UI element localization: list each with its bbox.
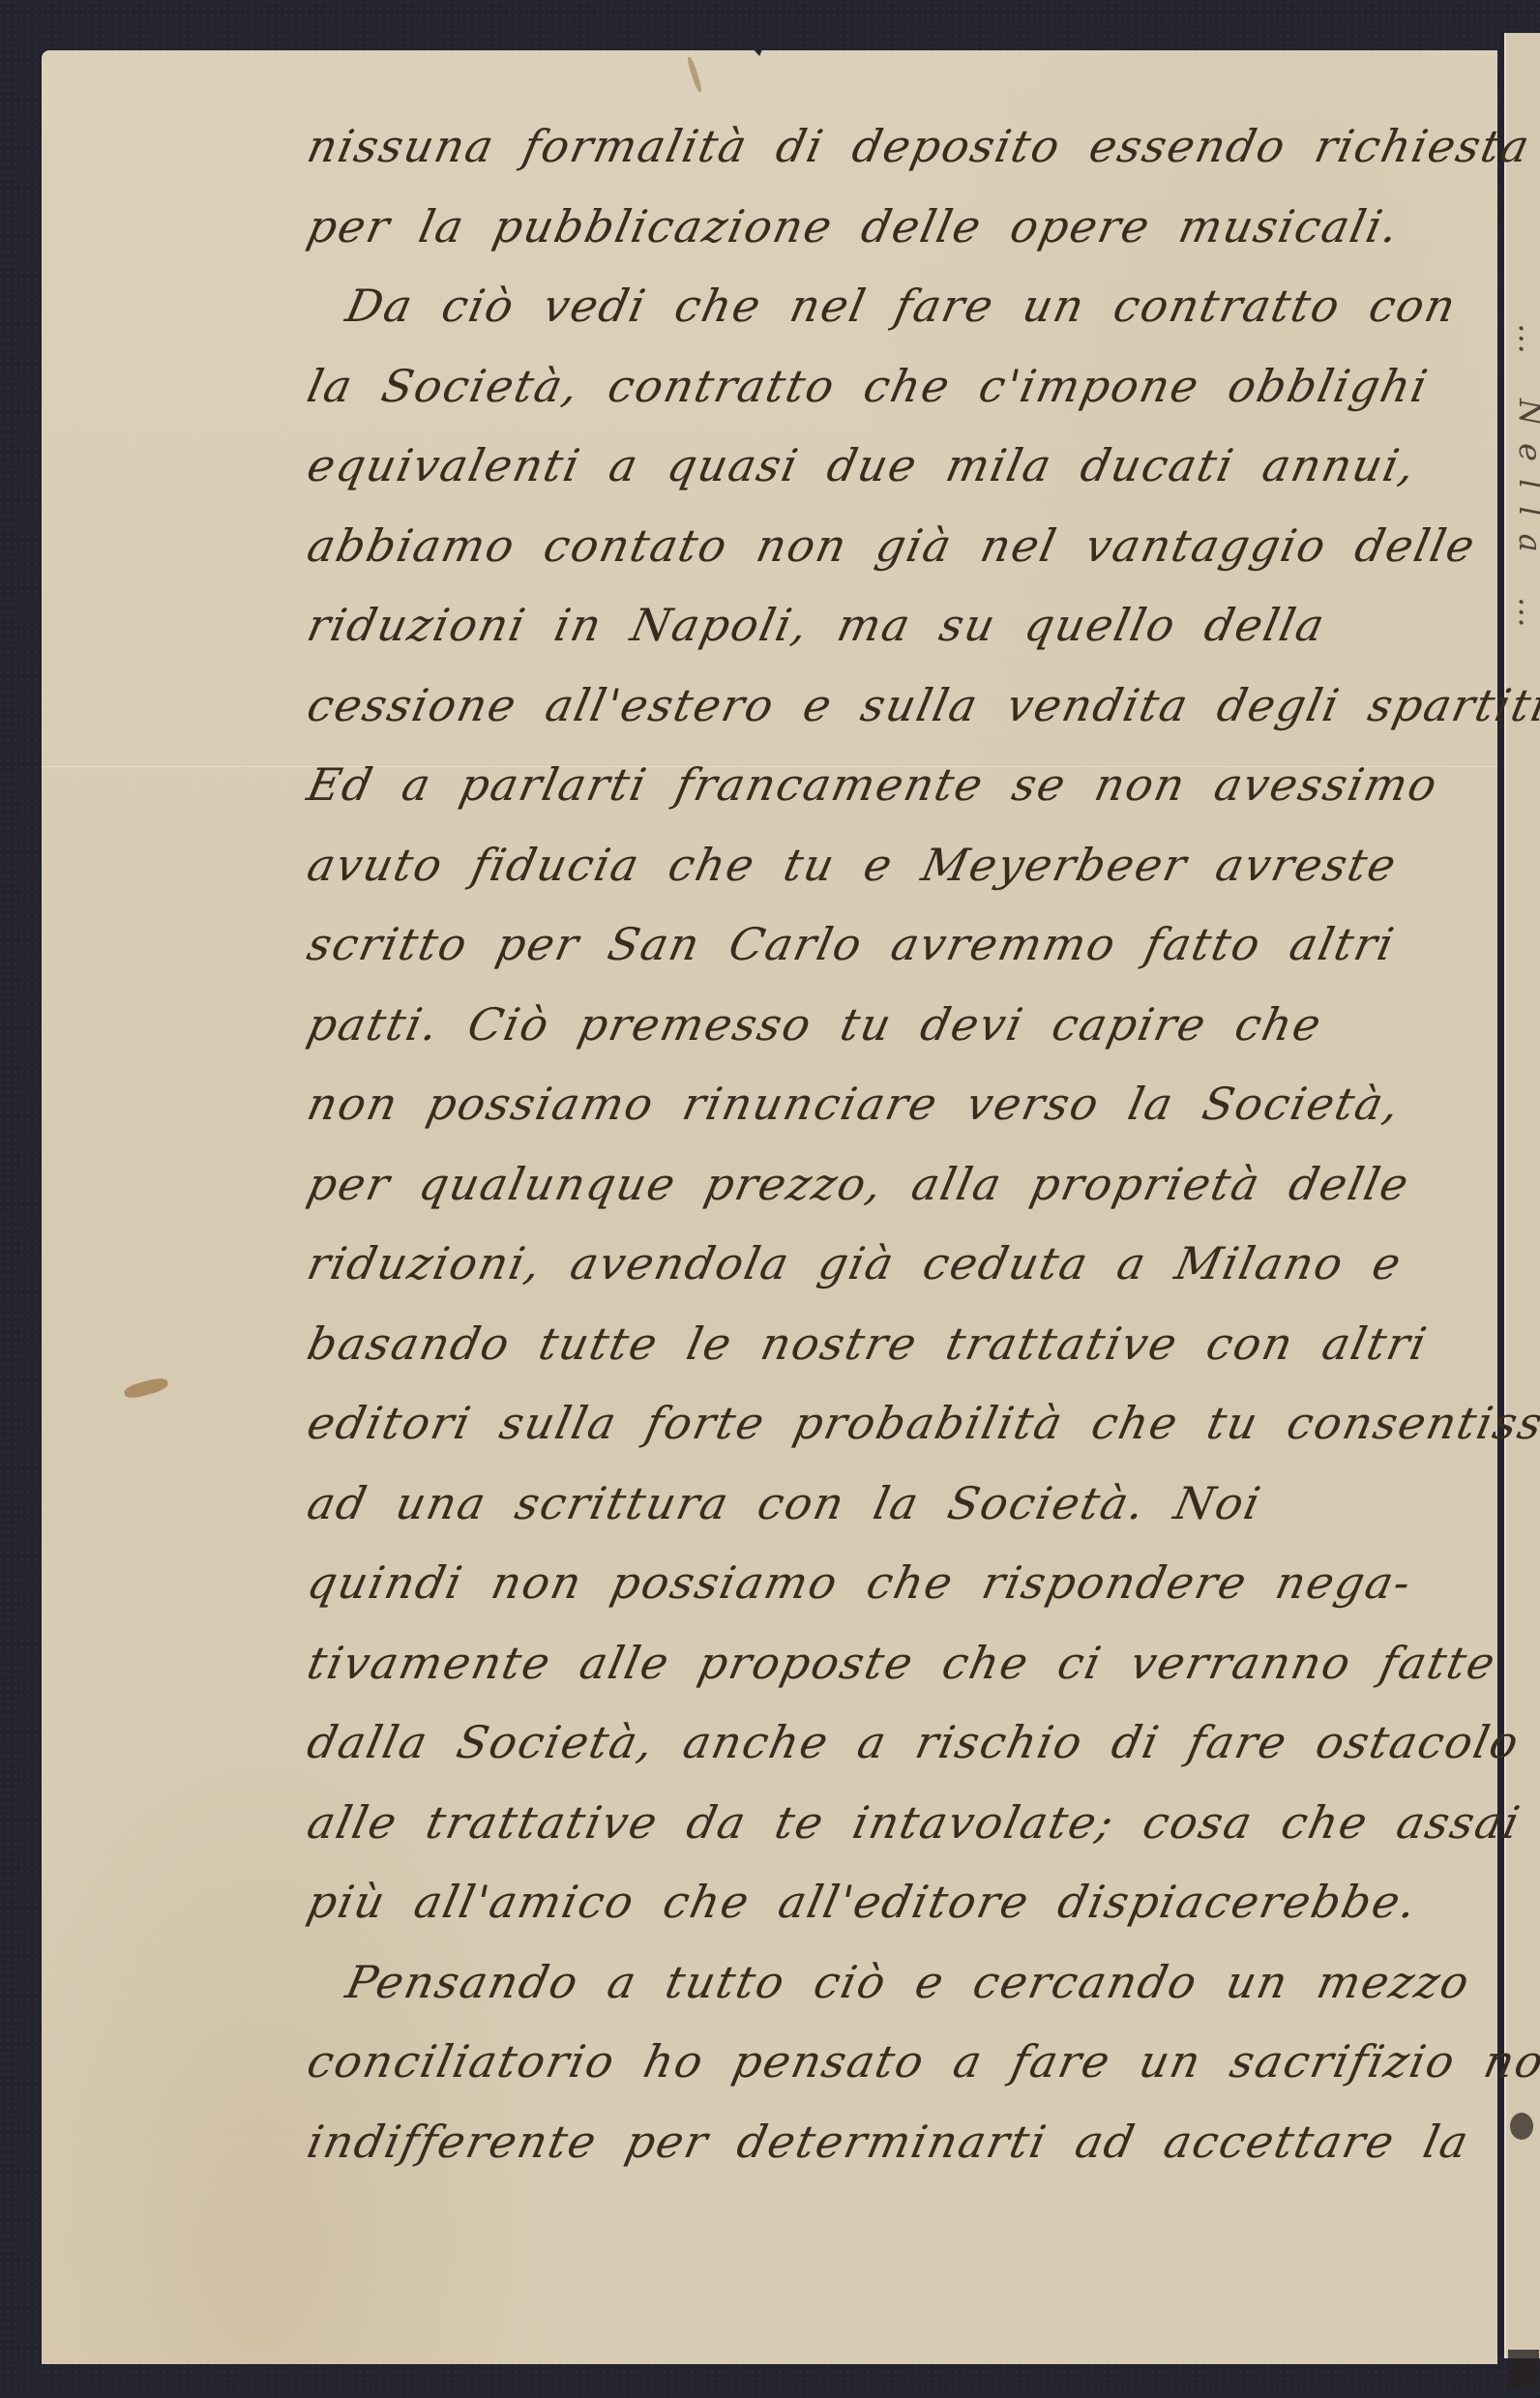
text-line: conciliatorio ho pensato a fare un sacri… xyxy=(300,2022,1517,2102)
text-line: equivalenti a quasi due mila ducati annu… xyxy=(300,426,1517,506)
text-line: Da ciò vedi che nel fare un contratto co… xyxy=(300,266,1517,346)
text-line: avuto fiducia che tu e Meyerbeer avreste xyxy=(300,825,1517,905)
text-line: per la pubblicazione delle opere musical… xyxy=(300,187,1517,267)
text-line: scritto per San Carlo avremmo fatto altr… xyxy=(300,904,1517,985)
text-line: Pensando a tutto ciò e cercando un mezzo xyxy=(300,1942,1517,2023)
text-line: per qualunque prezzo, alla proprietà del… xyxy=(300,1144,1517,1225)
text-line: più all'amico che all'editore dispiacere… xyxy=(300,1862,1517,1942)
text-line: patti. Ciò premesso tu devi capire che xyxy=(300,985,1517,1065)
text-line: non possiamo rinunciare verso la Società… xyxy=(300,1064,1517,1144)
text-line: cessione all'estero e sulla vendita degl… xyxy=(300,666,1517,746)
text-line: indifferente per determinarti ad accetta… xyxy=(300,2102,1517,2182)
text-line: quindi non possiamo che rispondere nega- xyxy=(300,1543,1517,1623)
text-line: riduzioni in Napoli, ma su quello della xyxy=(300,585,1517,666)
adjacent-page-edge: … Nella … xyxy=(1504,33,1540,2358)
ink-blot xyxy=(1510,2113,1533,2140)
text-line: ad una scrittura con la Società. Noi xyxy=(300,1464,1517,1544)
text-line: alle trattative da te intavolate; cosa c… xyxy=(300,1783,1517,1863)
text-line: riduzioni, avendola già ceduta a Milano … xyxy=(300,1224,1517,1304)
text-line: basando tutte le nostre trattative con a… xyxy=(300,1304,1517,1384)
ink-blot xyxy=(1508,2350,1539,2388)
text-line: abbiamo contato non già nel vantaggio de… xyxy=(300,506,1517,586)
text-line: Ed a parlarti francamente se non avessim… xyxy=(300,745,1517,825)
text-line: nissuna formalità di deposito essendo ri… xyxy=(300,106,1517,187)
adjacent-page-handwriting: … Nella … xyxy=(1512,323,1540,645)
text-line: editori sulla forte probabilità che tu c… xyxy=(300,1383,1517,1464)
text-line: dalla Società, anche a rischio di fare o… xyxy=(300,1702,1517,1783)
text-line: tivamente alle proposte che ci verranno … xyxy=(300,1623,1517,1703)
text-line: la Società, contratto che c'impone obbli… xyxy=(300,346,1517,427)
handwritten-text-body: nissuna formalità di deposito essendo ri… xyxy=(300,106,1499,2181)
